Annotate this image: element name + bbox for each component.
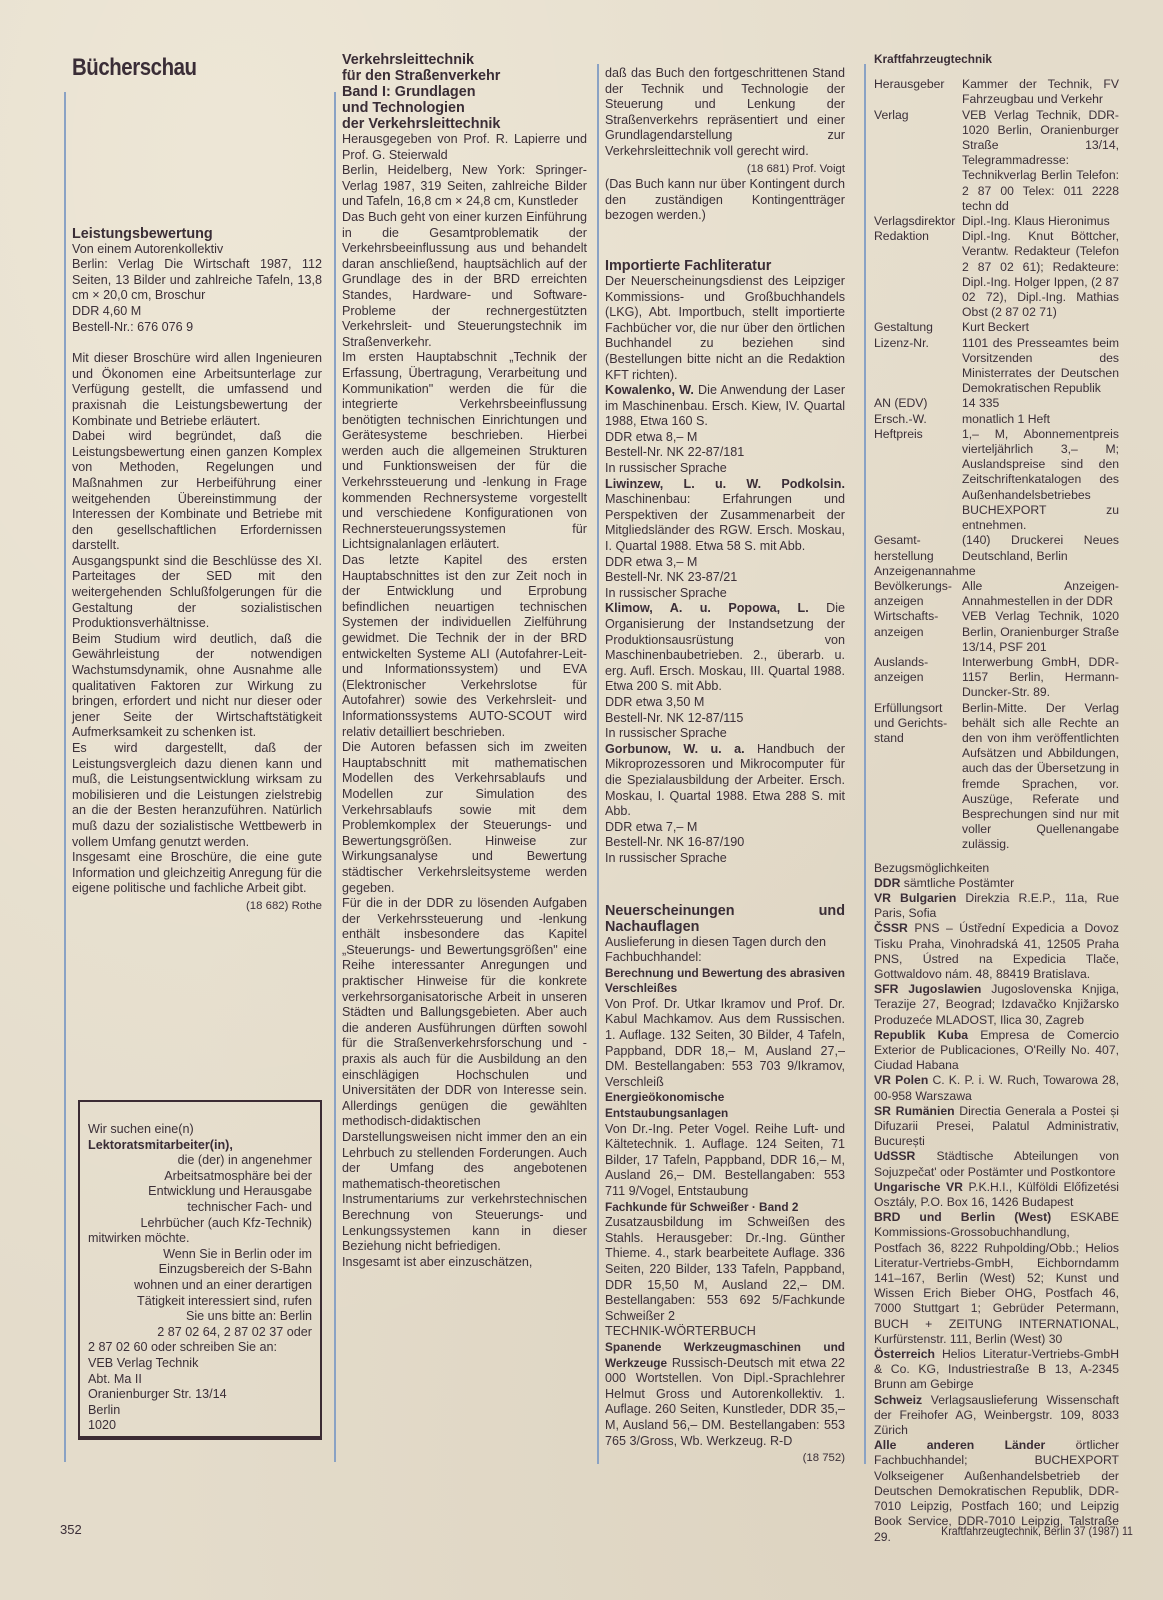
- entry-language: In russischer Sprache: [605, 586, 845, 602]
- ad-line: mitwirken möchte.: [88, 1231, 312, 1247]
- imprint-key: Gestaltung: [874, 320, 962, 335]
- imprint-key: Wirtschafts-anzeigen: [874, 609, 962, 655]
- review-meta: Berlin, Heidelberg, New York: Springer-V…: [342, 163, 587, 210]
- supply-entry: Republik Kuba Empresa de Comercio Exteri…: [874, 1028, 1119, 1074]
- section-title: Bücherschau: [72, 60, 285, 76]
- supply-country: Alle anderen Länder: [874, 1438, 1045, 1452]
- supply-entry: Schweiz Verlagsauslieferung Wissenschaft…: [874, 1393, 1119, 1439]
- imprint-value: monatlich 1 Heft: [962, 412, 1119, 427]
- dictionary-label: TECHNIK-WÖRTERBUCH: [605, 1324, 845, 1340]
- ad-phone: 2 87 02 64, 2 87 02 37 oder: [88, 1325, 312, 1341]
- entry-author: Kowalenko, W.: [605, 383, 694, 397]
- supply-country: SFR Jugoslawien: [874, 982, 981, 996]
- supply-entry: DDR sämtliche Postämter: [874, 876, 1119, 891]
- ad-line: Wenn Sie in Berlin oder im: [88, 1247, 312, 1263]
- imprint-row: Erfüllungsort und Gerichts-standBerlin-M…: [874, 701, 1119, 853]
- ad-address-line: 1020: [88, 1418, 312, 1434]
- imprint-key: Gesamt-herstellung: [874, 533, 962, 563]
- column-3: daß das Buch den fortgeschrittenen Stand…: [605, 66, 845, 1467]
- journal-footer: Kraftfahrzeugtechnik, Berlin 37 (1987) 1…: [941, 1524, 1133, 1538]
- review-title: für den Straßenverkehr: [342, 68, 587, 84]
- review-continuation: daß das Buch den fortgeschrittenen Stand…: [605, 66, 845, 160]
- imprint-key: Verlag: [874, 108, 962, 214]
- imprint-key: Auslands-anzeigen: [874, 655, 962, 701]
- review-paragraph: Für die in der DDR zu lösenden Aufgaben …: [342, 896, 587, 1255]
- column-1: Bücherschau Leistungsbewertung Von einem…: [72, 40, 322, 915]
- imprint-value: Dipl.-Ing. Klaus Hieronimus: [962, 214, 1119, 229]
- review-price: DDR 4,60 M: [72, 304, 322, 320]
- entry-price: DDR etwa 7,– M: [605, 820, 845, 836]
- imprint-row: Gesamt-herstellung(140) Druckerei Neues …: [874, 533, 1119, 563]
- imprint-value: VEB Verlag Technik, DDR-1020 Berlin, Ora…: [962, 108, 1119, 214]
- review-meta: Berlin: Verlag Die Wirtschaft 1987, 112 …: [72, 257, 322, 304]
- supply-country: UdSSR: [874, 1149, 915, 1163]
- review-order-number: Bestell-Nr.: 676 076 9: [72, 320, 322, 336]
- imprint-row: Ersch.-W.monatlich 1 Heft: [874, 412, 1119, 427]
- ad-line: die (der) in angenehmer: [88, 1153, 312, 1169]
- column-rule: [864, 64, 866, 1464]
- release-text: Von Dr.-Ing. Peter Vogel. Reihe Luft- un…: [605, 1122, 845, 1200]
- imprint-value: 1101 des Presseamtes beim Vorsitzenden d…: [962, 336, 1119, 397]
- supply-country: VR Polen: [874, 1073, 928, 1087]
- column-rule: [597, 64, 599, 1464]
- entry-order: Bestell-Nr. NK 12-87/115: [605, 711, 845, 727]
- review-title: Band I: Grundlagen: [342, 84, 587, 100]
- imprint-row: Auslands-anzeigenInterwerbung GmbH, DDR-…: [874, 655, 1119, 701]
- release-title: Berechnung und Bewertung des abrasiven V…: [605, 966, 845, 997]
- entry-text: Maschinenbau: Erfahrungen und Perspektiv…: [605, 492, 845, 553]
- imprint-row: GestaltungKurt Beckert: [874, 320, 1119, 335]
- supply-country: Ungarische VR: [874, 1180, 963, 1194]
- ad-line: Arbeitsatmosphäre bei der: [88, 1169, 312, 1185]
- entry-language: In russischer Sprache: [605, 726, 845, 742]
- imported-entry: Kowalenko, W. Die Anwendung der Laser im…: [605, 383, 845, 430]
- imprint-key: Verlagsdirektor: [874, 214, 962, 229]
- supply-entry: VR Polen C. K. P. i. W. Ruch, Towarowa 2…: [874, 1073, 1119, 1103]
- supply-country: Republik Kuba: [874, 1028, 968, 1042]
- imprint-row: Bevölkerungs-anzeigenAlle Anzeigen-Annah…: [874, 579, 1119, 609]
- supply-label: Bezugsmöglichkeiten: [874, 861, 1119, 876]
- imprint-key: AN (EDV): [874, 396, 962, 411]
- supply-entry: Österreich Helios Literatur-Vertriebs-Gm…: [874, 1347, 1119, 1393]
- ad-line: Einzugsbereich der S-Bahn: [88, 1262, 312, 1278]
- entry-order: Bestell-Nr. NK 22-87/181: [605, 445, 845, 461]
- new-releases-intro: Auslieferung in diesen Tagen durch den F…: [605, 935, 845, 966]
- imprint-row: VerlagVEB Verlag Technik, DDR-1020 Berli…: [874, 108, 1119, 214]
- review-paragraph: Insgesamt eine Broschüre, die eine gute …: [72, 850, 322, 897]
- imprint-value: Kammer der Technik, FV Fahrzeugbau und V…: [962, 77, 1119, 107]
- imprint-value: Dipl.-Ing. Knut Böttcher, Verantw. Redak…: [962, 229, 1119, 320]
- supply-entry: BRD und Berlin (West) ESKABE Kommissions…: [874, 1210, 1119, 1347]
- entry-price: DDR etwa 3,50 M: [605, 695, 845, 711]
- supply-country: BRD und Berlin (West): [874, 1210, 1051, 1224]
- entry-order: Bestell-Nr. NK 23-87/21: [605, 570, 845, 586]
- imprint-key: Lizenz-Nr.: [874, 336, 962, 397]
- supply-entry: SR Rumänien Directia Generala a Postei ș…: [874, 1104, 1119, 1150]
- supply-text: ESKABE Kommissions-Grossobuchhandlung, P…: [874, 1210, 1119, 1346]
- supply-country: ČSSR: [874, 921, 908, 935]
- review-paragraph: Es wird dargestellt, daß der Leistungsve…: [72, 741, 322, 850]
- entry-language: In russischer Sprache: [605, 461, 845, 477]
- supply-country: Schweiz: [874, 1393, 922, 1407]
- imprint-key: Redaktion: [874, 229, 962, 320]
- dictionary-entry: Spanende Werkzeugmaschinen und Werkzeuge…: [605, 1340, 845, 1449]
- supply-country: VR Bulgarien: [874, 891, 956, 905]
- ad-line: Lehrbücher (auch Kfz-Technik): [88, 1216, 312, 1232]
- imported-title: Importierte Fachliteratur: [605, 258, 845, 274]
- review-title: der Verkehrsleittechnik: [342, 116, 587, 132]
- imported-intro: Der Neuerscheinungsdienst des Leipziger …: [605, 274, 845, 383]
- imprint-key: Heftpreis: [874, 427, 962, 533]
- ad-line: wohnen und an einer derartigen: [88, 1278, 312, 1294]
- supply-entry: UdSSR Städtische Abteilungen von Sojuzpe…: [874, 1149, 1119, 1179]
- imprint-row: VerlagsdirektorDipl.-Ing. Klaus Hieronim…: [874, 214, 1119, 229]
- supply-entry: SFR Jugoslawien Jugoslovenska Knjiga, Te…: [874, 982, 1119, 1028]
- imprint-key: Herausgeber: [874, 77, 962, 107]
- entry-language: In russischer Sprache: [605, 851, 845, 867]
- supply-country: SR Rumänien: [874, 1104, 955, 1118]
- review-title: Leistungsbewertung: [72, 226, 322, 242]
- column-2: Verkehrsleittechnik für den Straßenverke…: [342, 52, 587, 1270]
- review-signature: (18 681) Prof. Voigt: [605, 162, 845, 178]
- imported-entry: Gorbunow, W. u. a. Handbuch der Mikropro…: [605, 742, 845, 820]
- imprint-key: Bevölkerungs-anzeigen: [874, 579, 962, 609]
- ads-label: Anzeigenannahme: [874, 564, 1119, 579]
- page-number: 352: [60, 1522, 82, 1537]
- review-paragraph: Insgesamt ist aber einzuschätzen,: [342, 1255, 587, 1271]
- imprint-row: AN (EDV)14 335: [874, 396, 1119, 411]
- ad-line: Sie uns bitte an: Berlin: [88, 1309, 312, 1325]
- imprint-value: (140) Druckerei Neues Deutschland, Berli…: [962, 533, 1119, 563]
- entry-order: Bestell-Nr. NK 16-87/190: [605, 835, 845, 851]
- imprint-row: Heftpreis1,– M, Abonnementpreis viertelj…: [874, 427, 1119, 533]
- entry-author: Liwinzew, L. u. W. Podkolsin.: [605, 477, 845, 491]
- ad-line: Entwicklung und Herausgabe: [88, 1184, 312, 1200]
- ad-address-line: Abt. Ma II: [88, 1372, 312, 1388]
- imprint-title: Kraftfahrzeugtechnik: [874, 52, 1119, 67]
- release-title: Fachkunde für Schweißer · Band 2: [605, 1200, 845, 1216]
- review-paragraph: Im ersten Hauptabschnit „Technik der Erf…: [342, 350, 587, 553]
- imprint-key: Erfüllungsort und Gerichts-stand: [874, 701, 962, 853]
- ad-intro: Wir suchen eine(n): [88, 1122, 312, 1138]
- ad-line: technischer Fach- und: [88, 1200, 312, 1216]
- review-signature: (18 682) Rothe: [72, 899, 322, 915]
- ad-line: Tätigkeit interessiert sind, rufen: [88, 1294, 312, 1310]
- imprint-value: Interwerbung GmbH, DDR-1157 Berlin, Herm…: [962, 655, 1119, 701]
- ad-address-line: Berlin: [88, 1403, 312, 1419]
- imprint-key: Ersch.-W.: [874, 412, 962, 427]
- ad-address-line: Oranienburger Str. 13/14: [88, 1387, 312, 1403]
- review-paragraph: Die Autoren befassen sich im zweiten Hau…: [342, 740, 587, 896]
- imprint-value: Kurt Beckert: [962, 320, 1119, 335]
- release-title: Energieökonomische Entstaubungsanlagen: [605, 1090, 845, 1121]
- review-meta: Von einem Autorenkollektiv: [72, 242, 322, 258]
- imprint-row: Lizenz-Nr.1101 des Presseamtes beim Vors…: [874, 336, 1119, 397]
- review-meta: Herausgegeben von Prof. R. Lapierre und …: [342, 132, 587, 163]
- new-releases-title: Neuerscheinungen und Nachauflagen: [605, 903, 845, 935]
- review-note: (Das Buch kann nur über Kontingent durch…: [605, 177, 845, 224]
- column-rule: [64, 92, 66, 1462]
- review-title: und Technologien: [342, 100, 587, 116]
- supply-text: PNS – Ústřední Expedicia a Dovoz Tisku P…: [874, 921, 1119, 981]
- review-paragraph: Dabei wird begründet, daß die Leistungsb…: [72, 429, 322, 554]
- review-paragraph: Ausgangspunkt sind die Beschlüsse des XI…: [72, 554, 322, 632]
- ad-address-line: 2 87 02 60 oder schreiben Sie an:: [88, 1340, 312, 1356]
- imprint-column: Kraftfahrzeugtechnik HerausgeberKammer d…: [874, 52, 1119, 1545]
- supply-entry: VR Bulgarien Direkzia R.E.P., 11a, Rue P…: [874, 891, 1119, 921]
- imprint-row: Wirtschafts-anzeigenVEB Verlag Technik, …: [874, 609, 1119, 655]
- imprint-value: Berlin-Mitte. Der Verlag behält sich all…: [962, 701, 1119, 853]
- entry-price: DDR etwa 3,– M: [605, 555, 845, 571]
- review-paragraph: Das letzte Kapitel des ersten Hauptabsch…: [342, 553, 587, 740]
- ad-position: Lektoratsmitarbeiter(in),: [88, 1138, 312, 1154]
- imported-entry: Liwinzew, L. u. W. Podkolsin. Maschinenb…: [605, 477, 845, 555]
- release-text: Zusatzausbildung im Schweißen des Stahls…: [605, 1215, 845, 1324]
- supply-country: Österreich: [874, 1347, 935, 1361]
- release-text: Von Prof. Dr. Utkar Ikramov und Prof. Dr…: [605, 997, 845, 1091]
- section-signature: (18 752): [605, 1451, 845, 1467]
- ad-address-line: VEB Verlag Technik: [88, 1356, 312, 1372]
- imprint-value: VEB Verlag Technik, 1020 Berlin, Oranien…: [962, 609, 1119, 655]
- supply-text: sämtliche Postämter: [904, 876, 1014, 890]
- entry-author: Gorbunow, W. u. a.: [605, 742, 745, 756]
- entry-author: Klimow, A. u. Popowa, L.: [605, 601, 809, 615]
- review-paragraph: Mit dieser Broschüre wird allen Ingenieu…: [72, 351, 322, 429]
- entry-price: DDR etwa 8,– M: [605, 430, 845, 446]
- supply-entry: Ungarische VR P.K.H.I., Külföldi Előfize…: [874, 1180, 1119, 1210]
- imported-entry: Klimow, A. u. Popowa, L. Die Organisieru…: [605, 601, 845, 695]
- imprint-value: Alle Anzeigen-Annahmestellen in der DDR: [962, 579, 1119, 609]
- imprint-value: 14 335: [962, 396, 1119, 411]
- review-title: Verkehrsleittechnik: [342, 52, 587, 68]
- imprint-row: HerausgeberKammer der Technik, FV Fahrze…: [874, 77, 1119, 107]
- column-rule: [334, 92, 336, 1462]
- review-paragraph: Das Buch geht von einer kurzen Einführun…: [342, 210, 587, 350]
- job-ad-box: Wir suchen eine(n) Lektoratsmitarbeiter(…: [78, 1100, 322, 1440]
- imprint-row: RedaktionDipl.-Ing. Knut Böttcher, Veran…: [874, 229, 1119, 320]
- supply-country: DDR: [874, 876, 900, 890]
- review-paragraph: Beim Studium wird deutlich, daß die Gewä…: [72, 632, 322, 741]
- supply-entry: ČSSR PNS – Ústřední Expedicia a Dovoz Ti…: [874, 921, 1119, 982]
- imprint-value: 1,– M, Abonnementpreis vierteljährlich 3…: [962, 427, 1119, 533]
